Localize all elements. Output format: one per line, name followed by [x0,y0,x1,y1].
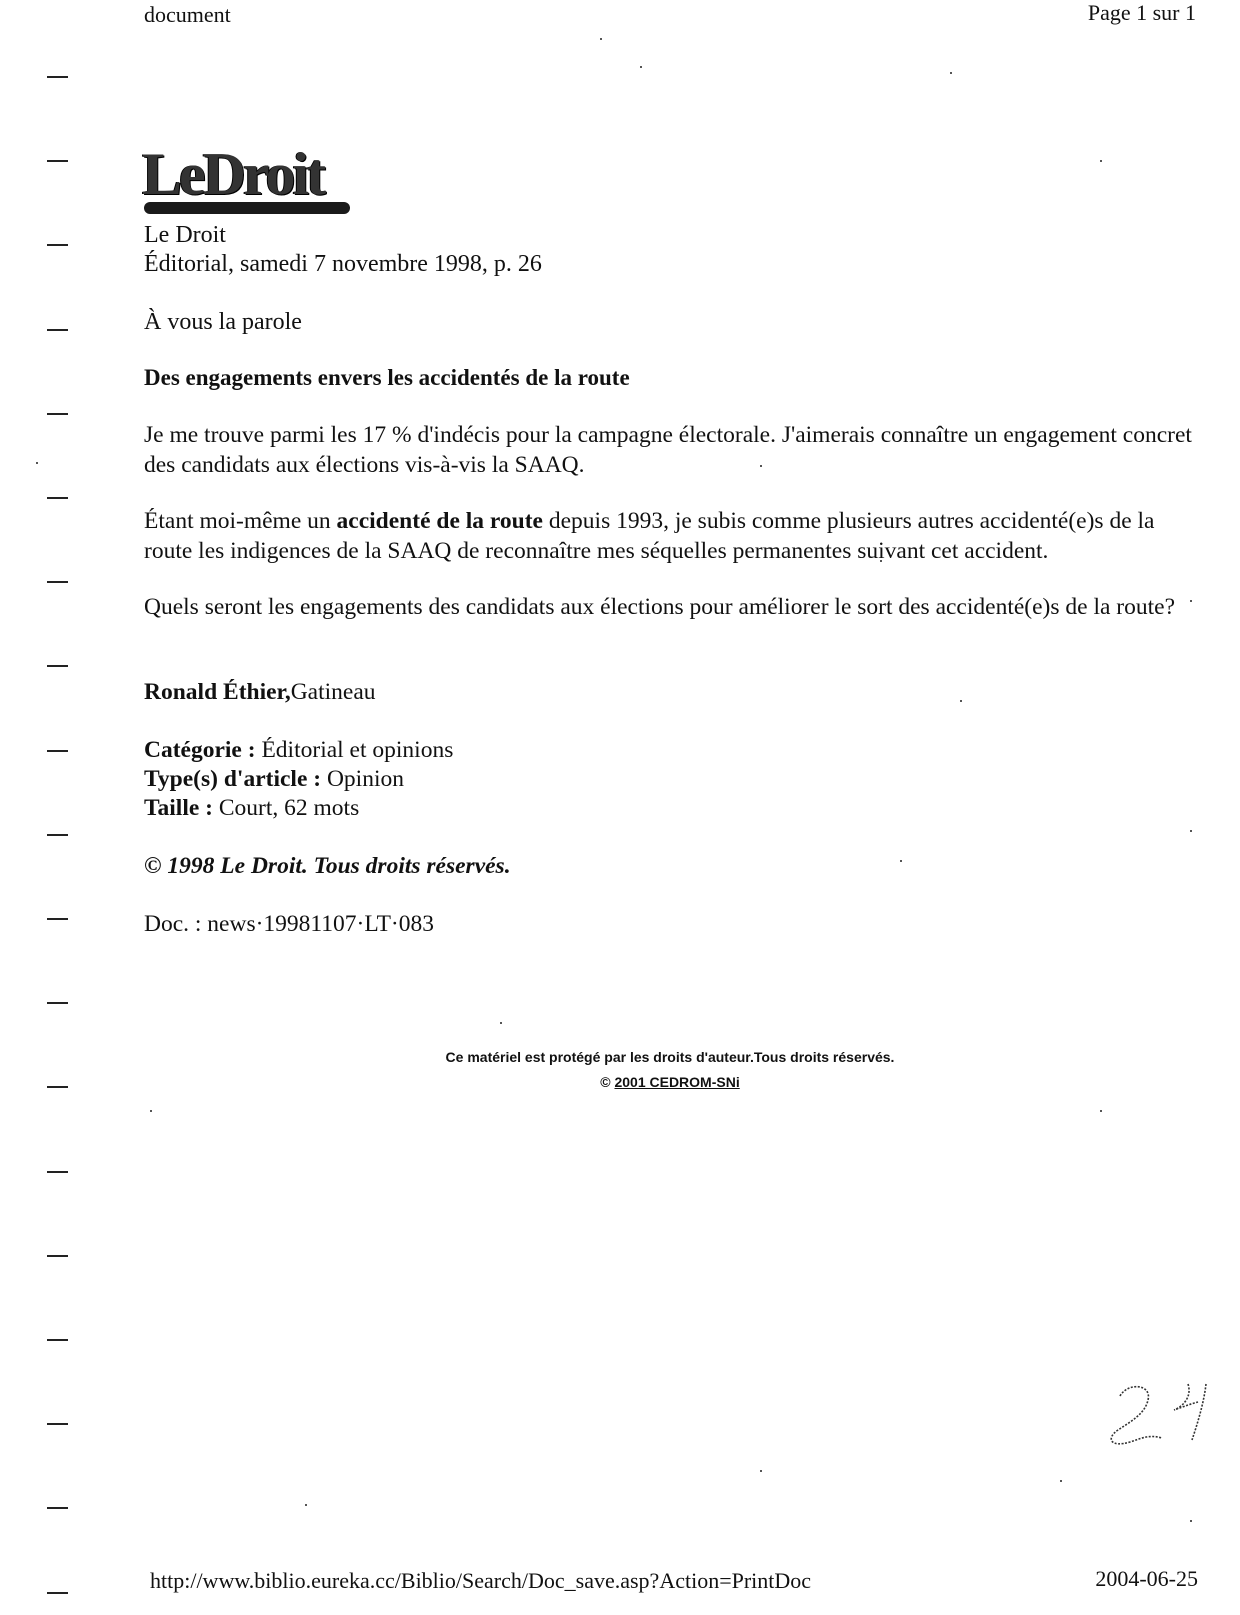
section-title: À vous la parole [144,307,302,337]
metadata-type: Type(s) d'article : Opinion [144,765,404,794]
scan-speck [1190,830,1192,832]
publication-info: Éditorial, samedi 7 novembre 1998, p. 26 [144,249,542,279]
scan-speck [1190,1520,1192,1522]
handwritten-number-icon [1100,1378,1230,1458]
publication-name: Le Droit [144,220,226,250]
metadata-category: Catégorie : Éditorial et opinions [144,736,453,765]
print-header-title: document [144,2,231,28]
margin-tick [47,160,68,162]
margin-tick [47,581,68,583]
scan-speck [960,700,962,702]
margin-tick [47,76,68,78]
margin-tick [47,1507,68,1509]
scan-speck [900,860,902,862]
margin-tick [47,834,68,836]
author-location: Gatineau [291,679,376,705]
cedrom-credit: © 2001 CEDROM-SNi [0,1074,1240,1090]
scan-speck [1100,1110,1102,1112]
article-paragraph: Je me trouve parmi les 17 % d'indécis po… [144,420,1204,480]
margin-tick [47,497,68,499]
author-name: Ronald Éthier, [144,679,291,705]
paragraph-text: Étant moi-même un [144,508,337,534]
margin-tick [47,1592,68,1594]
margin-tick [47,329,68,331]
scan-speck [760,1470,762,1472]
margin-tick [47,1255,68,1257]
scan-speck [500,1022,502,1024]
margin-tick [47,1423,68,1425]
scan-speck [880,560,882,562]
logo-wordmark: LeDroit [142,144,323,204]
scan-speck [640,66,642,68]
article-headline: Des engagements envers les accidentés de… [144,365,630,391]
metadata-label: Catégorie : [144,737,256,763]
scan-speck [1190,600,1192,602]
metadata-label: Type(s) d'article : [144,766,321,792]
copyright-line: © 1998 Le Droit. Tous droits réservés. [144,853,511,880]
scan-speck [1100,160,1102,162]
print-header-page-number: Page 1 sur 1 [1088,0,1196,26]
scan-speck [36,462,38,464]
print-footer-url: http://www.biblio.eureka.cc/Biblio/Searc… [150,1568,811,1594]
logo-underline-bar [144,202,350,214]
highlighted-term: accidenté de la route [337,508,543,534]
le-droit-logo: LeDroit [142,144,350,216]
author-signature: Ronald Éthier,Gatineau [144,679,376,706]
scan-speck [950,72,952,74]
margin-tick [47,244,68,246]
copyright-symbol: © [600,1074,614,1090]
margin-tick [47,750,68,752]
margin-tick [47,665,68,667]
metadata-size: Taille : Court, 62 mots [144,794,359,823]
document-id: Doc. : news·19981107·LT·083 [144,911,434,938]
metadata-label: Taille : [144,795,213,821]
margin-tick [47,413,68,415]
scan-speck [305,1504,307,1506]
margin-tick [47,1002,68,1004]
scan-speck [1060,1480,1062,1482]
margin-tick [47,918,68,920]
article-paragraph: Étant moi-même un accidenté de la route … [144,506,1204,566]
copyright-notice: Ce matériel est protégé par les droits d… [0,1049,1240,1065]
scan-speck [760,465,762,467]
article-paragraph: Quels seront les engagements des candida… [144,592,1204,622]
margin-tick [47,1086,68,1088]
cedrom-link[interactable]: 2001 CEDROM-SNi [614,1074,739,1090]
print-footer-date: 2004-06-25 [1095,1566,1198,1592]
margin-tick [47,1339,68,1341]
handwritten-page-number [1100,1378,1230,1458]
margin-tick [47,1171,68,1173]
scan-speck [150,1110,152,1112]
metadata-value: Éditorial et opinions [256,737,454,763]
metadata-value: Opinion [321,766,404,792]
metadata-value: Court, 62 mots [213,795,359,821]
scan-speck [600,38,602,40]
